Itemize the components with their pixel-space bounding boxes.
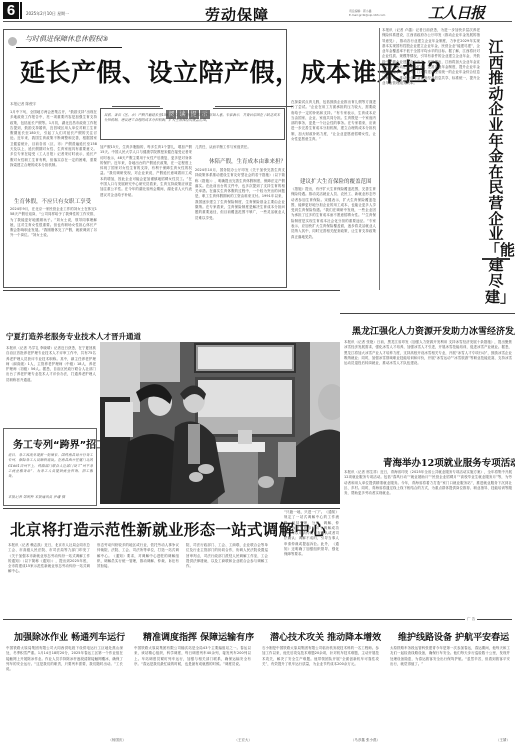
ad-row-rule — [3, 619, 512, 620]
paper-logo: 工人日报 — [428, 2, 484, 23]
reading-tip-text: 目前，各省（区、市）产假普遍延长至158天及以上，但落实情况还不尽如人意。专家表… — [104, 113, 282, 123]
bottom-story-3-headline: 潜心技术攻关 推动降本增效 — [270, 630, 381, 643]
bottom-story-2-credit: （王宏大） — [222, 738, 252, 744]
beijing-col4: “只跑一地、只进一门”。《通知》规定了一站式调解中心的工作流程，包括受理、分流、… — [284, 510, 339, 610]
beijing-col2: 形态劳动纠纷较多的地区或行业，依托劳动人事争议仲裁院、法院、工会、司法所等单位，… — [97, 543, 179, 611]
series-dot-icon — [8, 37, 17, 46]
bottom-story-2-text: 中国铁路太原局集团有限公司榆次站是全局43个主要编组站之一。春运以来，该站精心组… — [134, 646, 251, 740]
vertical-headline-rule — [482, 258, 510, 260]
wugong-headline: 务工专列“跨界”招工 — [13, 436, 106, 451]
bottom-story-2-headline: 精准调度指挥 保障运输有序 — [143, 630, 254, 643]
heilongjiang-headline: 黑龙江强化人力资源开发助力冰雪经济发展 — [352, 324, 515, 337]
masthead-rule — [3, 21, 512, 22]
editor-info: 责任编辑：郭小鑫 E-mail:grrbl@vip.163.com — [349, 9, 385, 17]
issue-date: 2025年2月10日 星期一 — [26, 11, 69, 17]
photo-illustration — [100, 342, 340, 504]
qinghai-text: 本报讯（记者 邢生祥）近日，青海省印发《2025年全省公共就业服务专项活动实施方… — [344, 470, 512, 610]
beijing-headline: 北京将打造示范性新就业形态一站式调解中心 — [10, 518, 326, 540]
wugong-credit: 本报记者 邹明仲 本报通讯员 罗璠 摄 — [8, 495, 96, 501]
train-photo — [100, 342, 340, 504]
bottom-story-1-headline: 加强除冰作业 畅通列车运行 — [14, 630, 125, 643]
lead-col4-text2: 《措施》提出，有序扩大生育保险覆盖范围，完善生育保险待遇。推动灵活就业人员、农民… — [291, 187, 376, 287]
side-story-divider — [340, 313, 515, 314]
bottom-story-4-headline: 维护线路设备 护航平安春运 — [398, 630, 509, 643]
tip-rule-right — [215, 106, 293, 107]
bottom-story-3-text: 石小刚是中国铁路太原局集团有限公司临汾机务段技术科的一名工程师。参加工作以来，他… — [262, 646, 379, 740]
ad-label: 广 告 — [465, 617, 477, 622]
lead-col2-text: 加产假15天，生育多胞胎的，每多生育1个婴儿，增加产假15天。中国人民大学人口与… — [100, 145, 192, 285]
page-number: 6 — [3, 2, 19, 19]
jiangxi-vertical-headline: 江西推动企业年金在民营企业「能建尽建」 — [485, 40, 507, 305]
lead-col1-text: 1月中下旬，全国地方两会密集召开，“鼓励支持”出现在多地政府工作报告中，亮一项重… — [10, 110, 97, 192]
series-underline — [16, 47, 122, 48]
page-number-bar — [20, 2, 22, 19]
wugong-text: 近日，务工客流呈现新一轮增长，国铁南昌局开行务工专列，保障务工人员顺利返岗。在南… — [8, 453, 93, 491]
lead-divider — [3, 290, 340, 291]
tip-rule-left — [112, 106, 160, 107]
lead-col3-text2: 2024年10月，国务院办公厅印发《关于加快完善生育支持政策体系推动建设生育友好… — [195, 168, 285, 285]
beijing-col3: 院、司法行政部门、工会、工商联、企业联合会等单位及行业主管部门的协同合作，协调人… — [186, 543, 268, 611]
column-rule — [379, 28, 380, 290]
lead-byline: 本报记者 陈俊宇 — [10, 102, 36, 107]
bottom-story-4-credit: （王婧） — [485, 738, 510, 744]
lead-col1-text2: 2024年9月，在北京一家民营企业工作的刘女士在休完158天产假后返岗，“公司同… — [10, 207, 97, 285]
beijing-col1: 本报讯（记者 赖志凯）近日，北京市人社局会同市总工会、市高级人民法院、市司法局等… — [8, 543, 90, 611]
reading-tip-label: 阅读提示 — [163, 101, 213, 111]
ningxia-headline: 宁夏打造养老服务专业技术人才晋升通道 — [6, 331, 141, 342]
jiangxi-story-text: 本报讯（记者 卢越）记者日前获悉，为进一步加快多层次养老保险体系建设，江西省政府… — [382, 28, 480, 290]
photo-bottom-rule — [3, 508, 340, 509]
lead-col3-text: 儿责任，从而平衡工作与家庭责任。 — [195, 145, 285, 153]
bottom-story-1-credit: （杨国庆） — [98, 738, 126, 744]
editor-email: E-mail:grrbl@vip.163.com — [349, 13, 385, 17]
lead-subhead-1: 生育休假，不应只有女职工享受 — [14, 197, 91, 205]
bottom-story-3-credit: （马彦鑫 张小燕） — [338, 738, 380, 744]
lead-col4-text: 在探索试点育儿假，包括鼓励企业推出育儿假等方面进行了尝试。“企业在用工方面承担的… — [291, 100, 376, 172]
lead-subhead-3: 建议扩大生育保险的覆盖范围 — [300, 177, 372, 185]
qinghai-headline: 青海举办12项就业服务专项活动 — [383, 455, 515, 469]
ningxia-text: 本报讯（记者 马学礼 李晓晴）记者近日获悉，在宁夏回族自治区首批养老护理专业技术… — [6, 346, 96, 424]
heilongjiang-text: 本报讯（记者 张艳）日前，黑龙江省印发《加强人力资源开发利用 支持冰雪经济发展十… — [344, 340, 512, 446]
bottom-story-4-text: 太原铁路车务段运管科张建青今年是第一次参加春运，春运期间，他每天和工友们一起检查… — [390, 646, 510, 740]
lead-subhead-2: 休陪产假，生育成本由谁来担？ — [209, 157, 286, 165]
bottom-story-1-text: 中国铁路太原局集团有限公司大同西供电段下设供电运行工区地处燕山深处，冬季积雪严重… — [6, 646, 123, 740]
series-tag: 与时俱进保障休息休假权③ — [25, 34, 108, 44]
